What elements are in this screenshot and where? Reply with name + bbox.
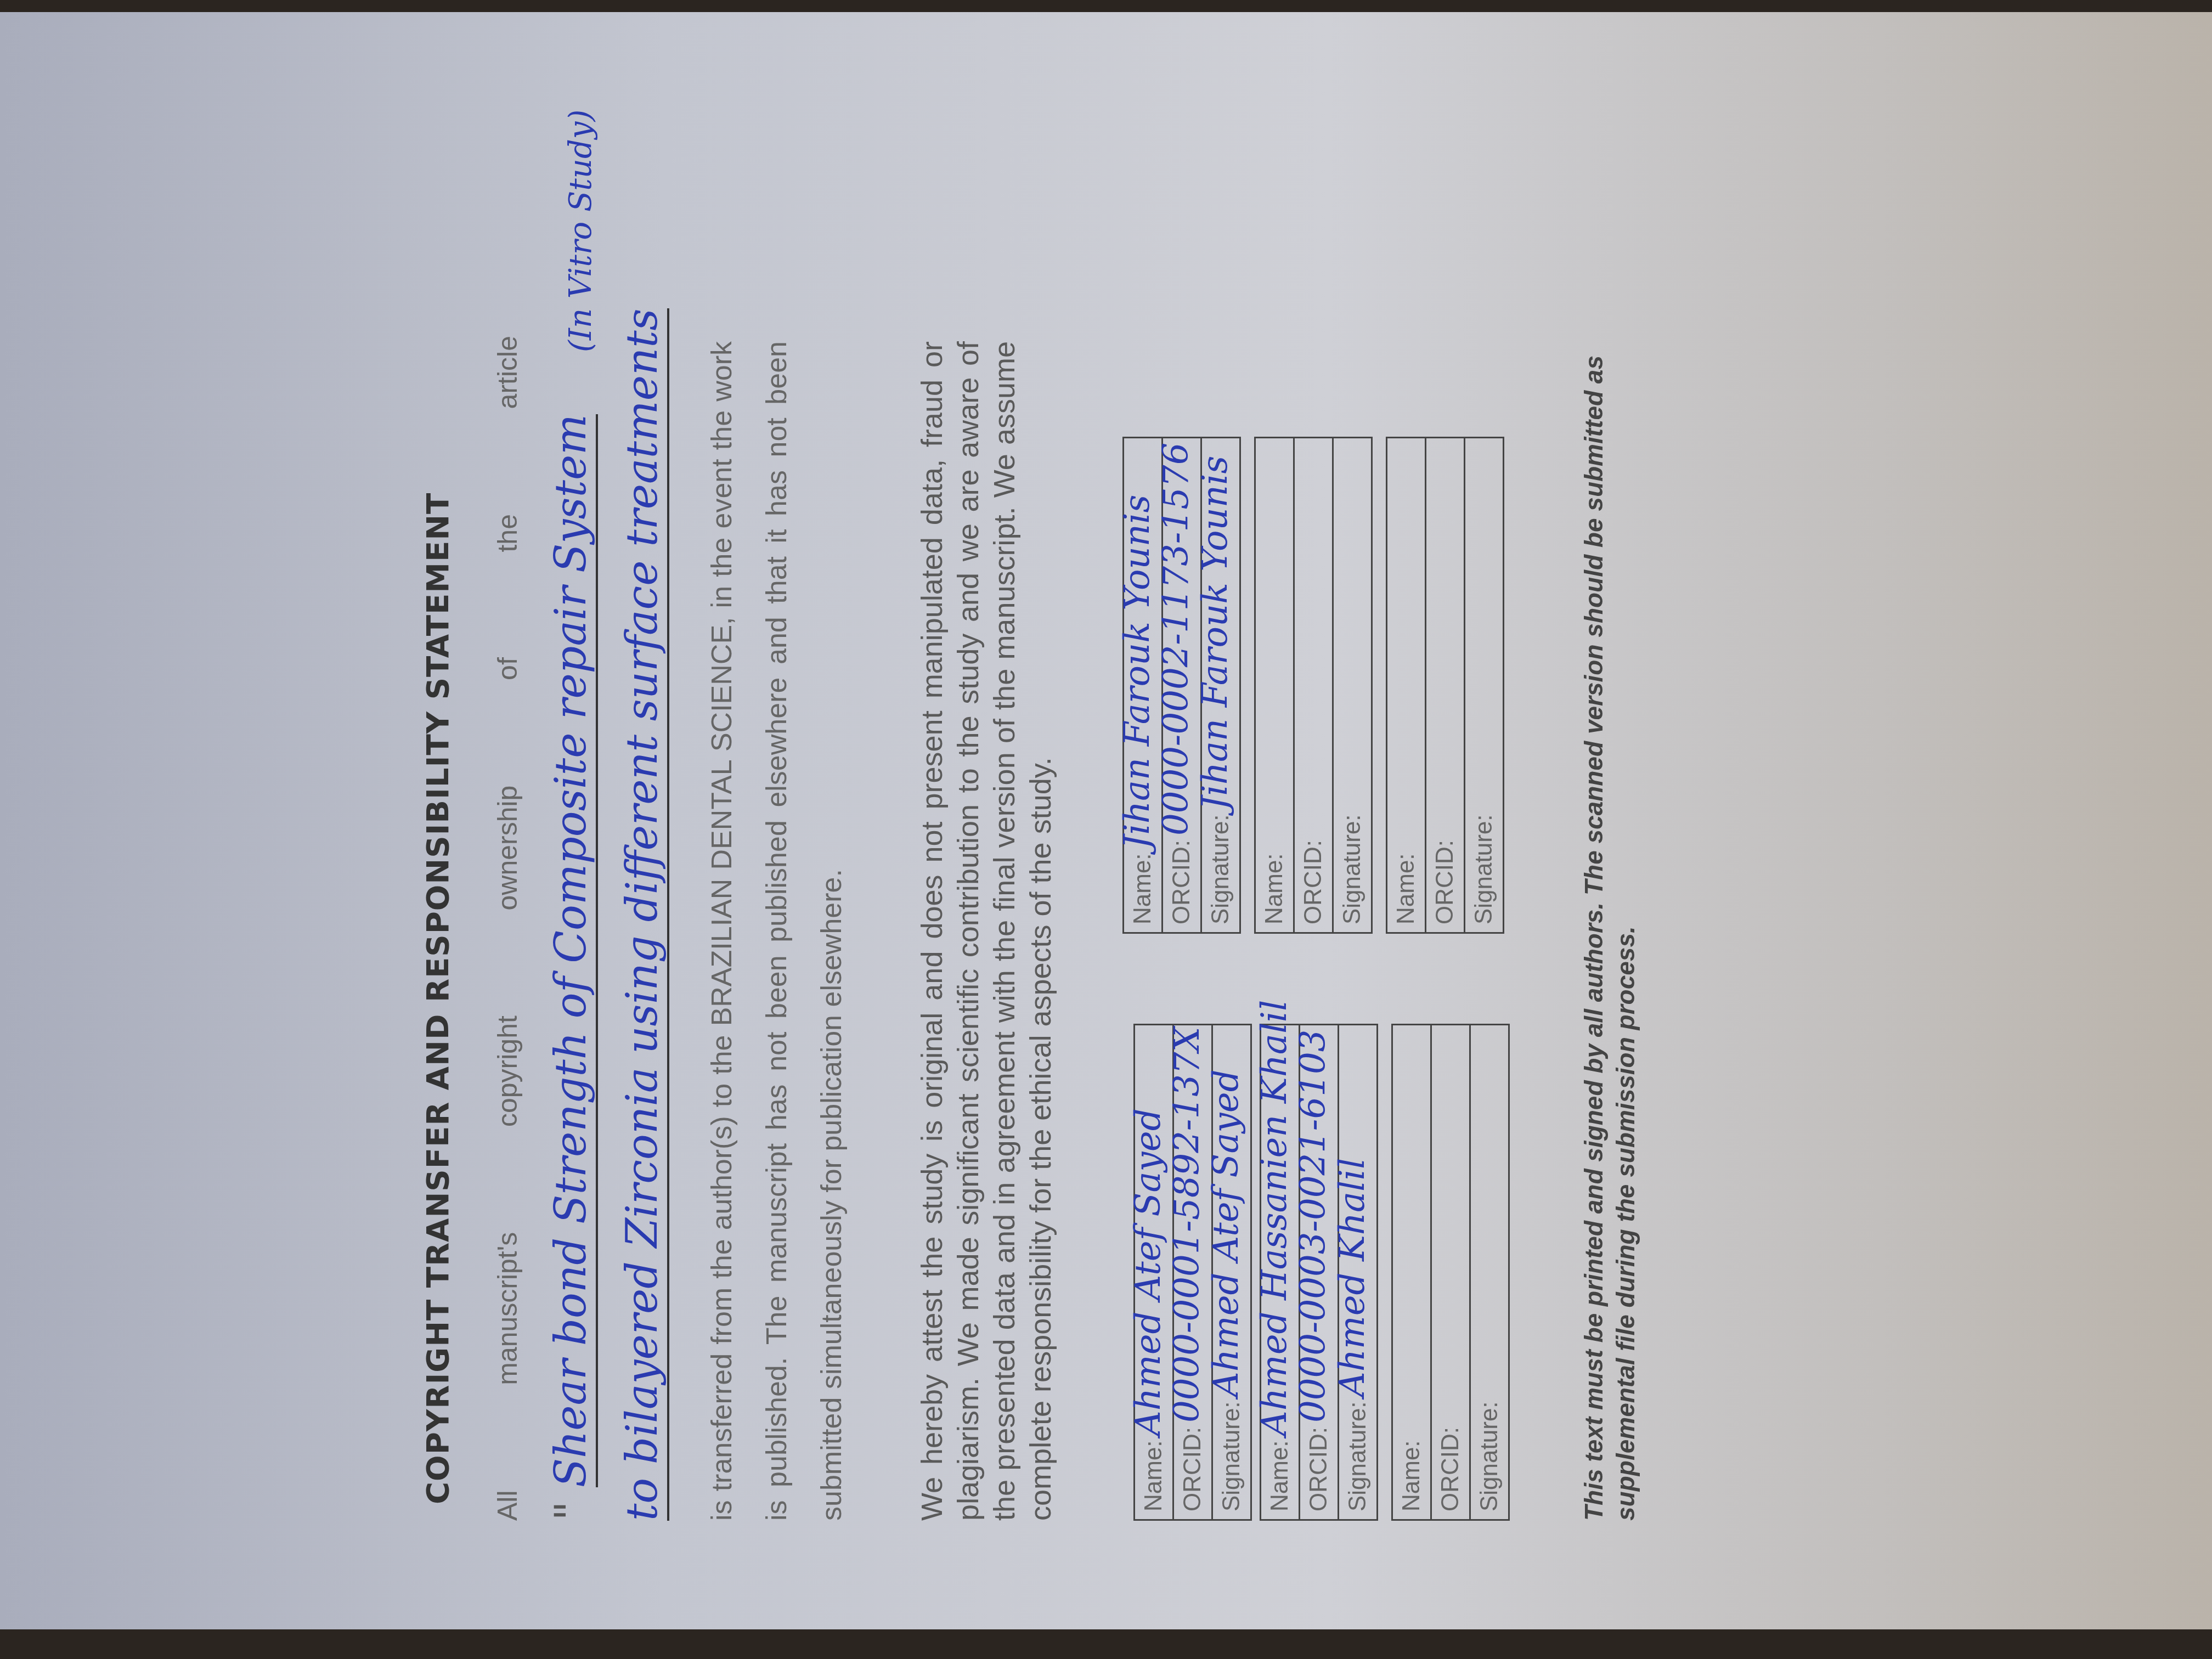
- article-title-line-1: Shear bond Strength of Composite repair …: [546, 414, 598, 1487]
- name-label: Name:: [1129, 853, 1156, 924]
- author-box-1: Name:Ahmed Atef Sayed ORCID:0000-0001-58…: [1133, 1024, 1252, 1521]
- author-box-6: Name: ORCID: Signature:: [1386, 437, 1504, 934]
- intro-word: of: [492, 657, 523, 680]
- open-quote: ": [546, 1501, 596, 1521]
- name-label: Name:: [1398, 1440, 1425, 1511]
- orcid-label: ORCID:: [1431, 840, 1459, 924]
- name-label: Name:: [1140, 1440, 1167, 1511]
- intro-word: manuscript's: [492, 1232, 523, 1385]
- signature-row: Signature:Jihan Farouk Younis: [1202, 438, 1239, 932]
- author-box-3: Name:Ahmed Hassanien Khalil ORCID:0000-0…: [1260, 1024, 1378, 1521]
- orcid-row: ORCID:: [1426, 438, 1465, 932]
- signature-label: Signature:: [1339, 814, 1366, 924]
- author-signature: Ahmed Khalil: [1332, 1158, 1373, 1397]
- orcid-label: ORCID:: [1437, 1427, 1464, 1511]
- transfer-paragraph: is transferred from the author(s) to the…: [695, 341, 859, 1521]
- author-signature-grid: Name:Ahmed Atef Sayed ORCID:0000-0001-58…: [1133, 204, 1517, 1521]
- author-orcid: 0000-0003-0021-6103: [1293, 1030, 1334, 1423]
- author-name: Ahmed Atef Sayed: [1128, 1108, 1169, 1436]
- name-row: Name:: [1387, 438, 1426, 932]
- name-label: Name:: [1392, 853, 1420, 924]
- orcid-label: ORCID:: [1179, 1427, 1206, 1511]
- author-box-5: Name: ORCID: Signature:: [1391, 1024, 1510, 1521]
- signature-label: Signature:: [1207, 814, 1234, 924]
- signature-label: Signature:: [1470, 814, 1498, 924]
- paper-sheet: COPYRIGHT TRANSFER AND RESPONSIBILITY ST…: [0, 12, 2212, 1629]
- intro-word: the: [492, 514, 523, 552]
- orcid-row: ORCID:: [1295, 438, 1334, 932]
- intro-line: All manuscript's copyright ownership of …: [492, 336, 523, 1521]
- article-title-line-2: to bilayered Zirconia using different su…: [618, 308, 669, 1521]
- signature-label: Signature:: [1218, 1401, 1245, 1511]
- intro-word: All: [492, 1490, 523, 1521]
- author-box-2: Name:Jihan Farouk Younis ORCID:0000-0002…: [1122, 437, 1241, 934]
- intro-word: ownership: [492, 786, 523, 911]
- signature-row: Signature:: [1334, 438, 1371, 932]
- in-vitro-annotation: (In Vitro Study): [566, 110, 596, 352]
- author-signature: Jihan Farouk Younis: [1195, 456, 1235, 810]
- document-title: COPYRIGHT TRANSFER AND RESPONSIBILITY ST…: [420, 188, 456, 1504]
- name-row: Name:: [1393, 1025, 1432, 1519]
- orcid-label: ORCID:: [1305, 1427, 1333, 1511]
- author-name: Jihan Farouk Younis: [1117, 495, 1158, 849]
- author-signature: Ahmed Atef Sayed: [1206, 1069, 1246, 1397]
- signature-label: Signature:: [1476, 1401, 1503, 1511]
- signature-label: Signature:: [1344, 1401, 1372, 1511]
- signature-row: Signature:: [1471, 1025, 1508, 1519]
- signature-row: Signature:: [1465, 438, 1503, 932]
- name-label: Name:: [1266, 1440, 1294, 1511]
- author-orcid: 0000-0002-1173-1576: [1156, 443, 1197, 836]
- author-box-4: Name: ORCID: Signature:: [1254, 437, 1373, 934]
- orcid-label: ORCID:: [1168, 840, 1195, 924]
- submission-footnote: This text must be printed and signed by …: [1578, 259, 1641, 1521]
- intro-word: copyright: [492, 1015, 523, 1127]
- handwritten-article-title: " Shear bond Strength of Composite repai…: [535, 204, 678, 1521]
- signature-row: Signature:Ahmed Khalil: [1339, 1025, 1376, 1519]
- author-orcid: 0000-0001-5892-137X: [1167, 1027, 1207, 1423]
- attestation-paragraph: We hereby attest the study is original a…: [914, 341, 1059, 1521]
- signature-row: Signature:Ahmed Atef Sayed: [1213, 1025, 1250, 1519]
- orcid-row: ORCID:: [1432, 1025, 1471, 1519]
- orcid-label: ORCID:: [1300, 840, 1327, 924]
- document-page: COPYRIGHT TRANSFER AND RESPONSIBILITY ST…: [420, 94, 1792, 1576]
- author-name: Ahmed Hassanien Khalil: [1254, 1000, 1295, 1436]
- intro-word: article: [492, 336, 523, 409]
- name-label: Name:: [1261, 853, 1288, 924]
- name-row: Name:: [1256, 438, 1295, 932]
